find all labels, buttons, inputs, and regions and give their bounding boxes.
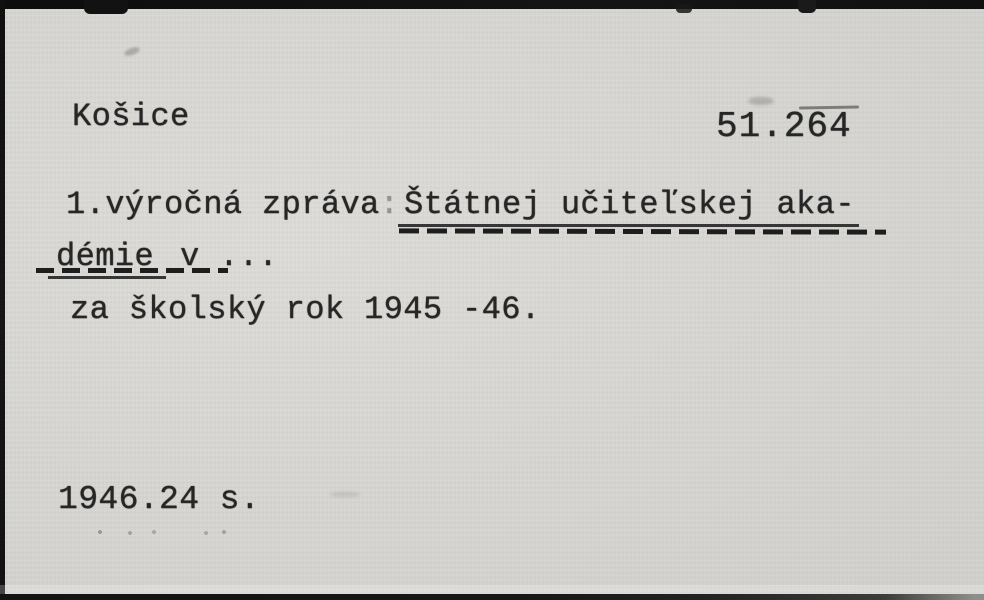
catalog-number: 51.264 — [716, 106, 852, 147]
smudge — [123, 45, 140, 57]
card-bottom-edge — [0, 594, 984, 600]
dashed-underline — [399, 228, 886, 234]
card-left-edge — [0, 0, 5, 600]
ghost-colon-mark: : — [380, 186, 400, 223]
title-underlined-segment: Štátnej učiteľskej aka- — [398, 186, 859, 227]
card-top-edge-notch — [676, 4, 692, 13]
title-prefix: 1.výročná zpráva — [66, 186, 380, 223]
heading-place-name: Košice — [72, 98, 190, 135]
imprint-year-pages: 1946.24 s. — [58, 481, 260, 518]
subtitle-school-year: za školský rok 1945 -46. — [70, 291, 540, 328]
card-top-edge-notch — [798, 0, 816, 13]
card-bottom-highlight — [0, 585, 984, 594]
title-line-1: 1.výročná zpráva: — [66, 186, 399, 223]
dashed-underline — [36, 268, 228, 273]
faint-dots-artifact — [96, 530, 246, 535]
card-top-edge-notch — [84, 0, 128, 14]
catalog-card: Košice 51.264 1.výročná zpráva: Štátnej … — [0, 0, 984, 600]
smudge — [330, 492, 360, 497]
smudge — [748, 97, 774, 105]
card-top-edge — [0, 0, 984, 9]
